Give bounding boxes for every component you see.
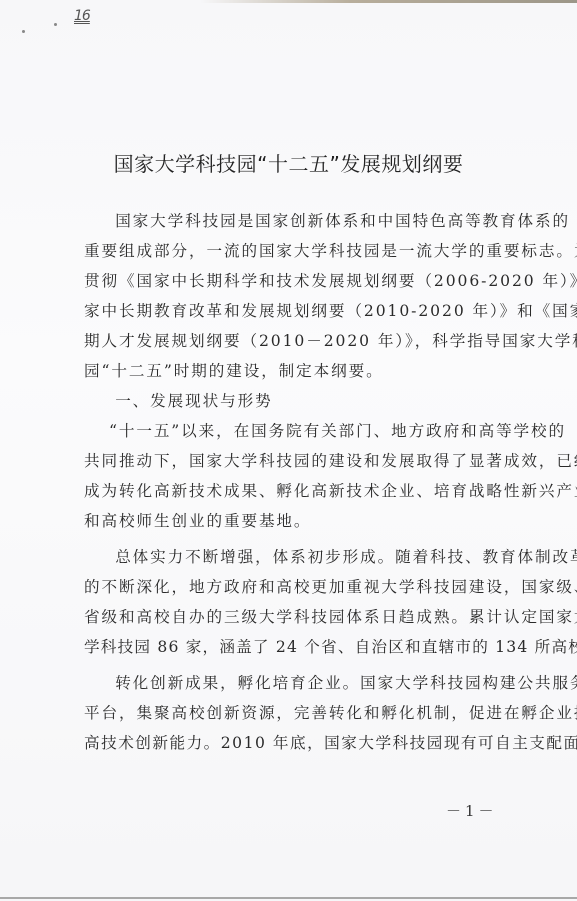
handwritten-page-mark: 16 <box>74 8 90 24</box>
scan-mark <box>54 23 57 26</box>
text-line: 转化创新成果，孵化培育企业。国家大学科技园构建公共服务 <box>84 668 496 698</box>
page-top-edge-shadow <box>200 0 577 3</box>
document-title: 国家大学科技园“十二五”发展规划纲要 <box>0 148 577 177</box>
scan-mark <box>22 30 25 33</box>
text-line: 园“十二五”时期的建设，制定本纲要。 <box>84 356 496 386</box>
text-line: 学科技园 86 家，涵盖了 24 个省、自治区和直辖市的 134 所高校。 <box>84 632 496 662</box>
text-line: 国家大学科技园是国家创新体系和中国特色高等教育体系的 <box>84 206 496 236</box>
text-line: 重要组成部分，一流的国家大学科技园是一流大学的重要标志。为 <box>84 236 496 266</box>
text-line: 家中长期教育改革和发展规划纲要（2010-2020 年）》和《国家中长 <box>84 296 496 326</box>
text-line: 高技术创新能力。2010 年底，国家大学科技园现有可自主支配面 <box>84 728 496 758</box>
scanned-page: 16 国家大学科技园“十二五”发展规划纲要 国家大学科技园是国家创新体系和中国特… <box>0 0 577 901</box>
text-line: 共同推动下，国家大学科技园的建设和发展取得了显著成效，已经 <box>84 446 496 476</box>
text-line: 平台，集聚高校创新资源，完善转化和孵化机制，促进在孵企业提 <box>84 698 496 728</box>
page-number: －1－ <box>446 800 498 821</box>
text-line: 的不断深化，地方政府和高校更加重视大学科技园建设，国家级、 <box>84 572 496 602</box>
section-heading: 一、发展现状与形势 <box>84 386 496 416</box>
text-line: 贯彻《国家中长期科学和技术发展规划纲要（2006-2020 年）》、《国 <box>84 266 496 296</box>
page-bottom-edge <box>0 897 577 899</box>
text-line: 总体实力不断增强，体系初步形成。随着科技、教育体制改革 <box>84 542 496 572</box>
text-line: 成为转化高新技术成果、孵化高新技术企业、培育战略性新兴产业 <box>84 476 496 506</box>
text-line: “十一五”以来，在国务院有关部门、地方政府和高等学校的 <box>84 416 496 446</box>
text-line: 期人才发展规划纲要（2010－2020 年）》，科学指导国家大学科技 <box>84 326 496 356</box>
text-line: 和高校师生创业的重要基地。 <box>84 506 496 536</box>
text-line: 省级和高校自办的三级大学科技园体系日趋成熟。累计认定国家大 <box>84 602 496 632</box>
document-body: 国家大学科技园是国家创新体系和中国特色高等教育体系的 重要组成部分，一流的国家大… <box>84 206 496 758</box>
